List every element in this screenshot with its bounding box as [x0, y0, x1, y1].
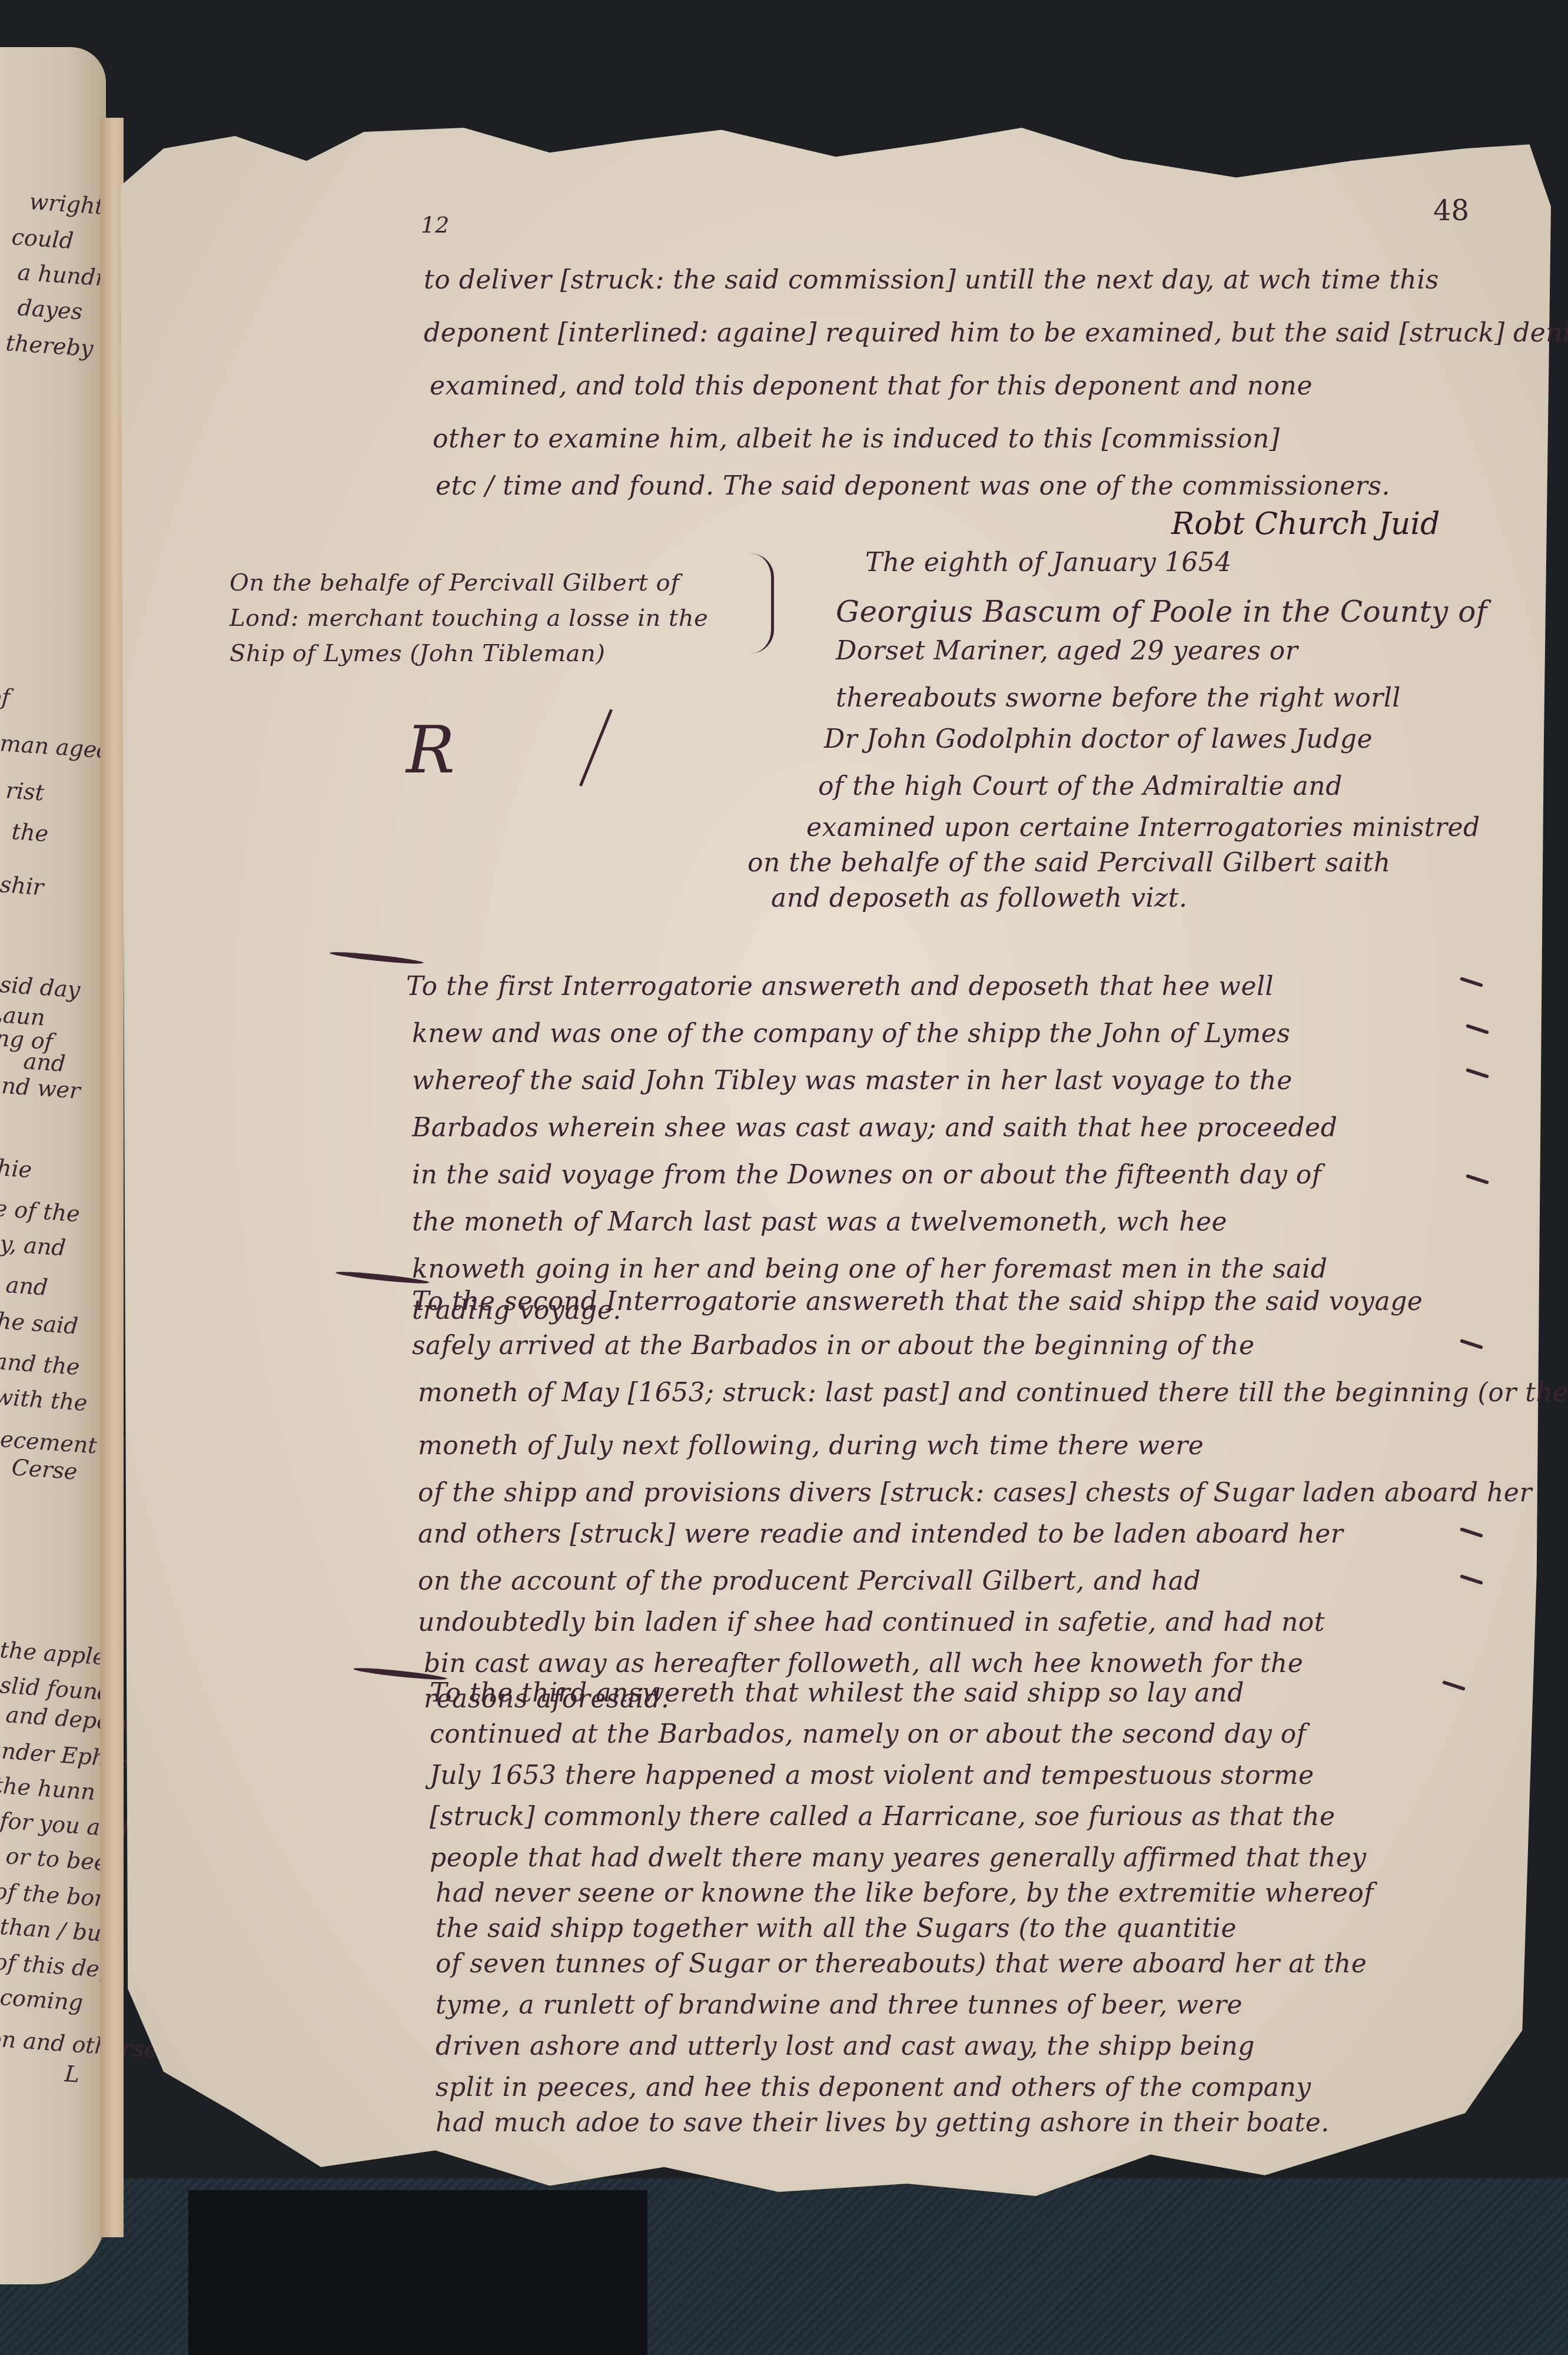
text-line: safely arrived at the Barbados in or abo…	[412, 1331, 1255, 1361]
text-line: etc / time and found. The said deponent …	[436, 471, 1390, 501]
facing-fragment: rist	[5, 777, 45, 805]
text-line: and deposeth as followeth vizt.	[771, 883, 1187, 913]
text-line: examined upon certaine Interrogatories m…	[806, 812, 1480, 843]
facing-fragment: dayes	[16, 294, 83, 325]
text-line: thereabouts sworne before the right worl…	[836, 683, 1401, 713]
facing-fragment: and the	[0, 1348, 81, 1380]
facing-fragment: y, and	[0, 1230, 67, 1261]
facing-fragment: the said	[0, 1307, 79, 1339]
text-line: people that had dwelt there many yeares …	[430, 1843, 1367, 1873]
text-line: the moneth of March last past was a twel…	[412, 1207, 1227, 1237]
text-line: whereof the said John Tibley was master …	[412, 1066, 1293, 1096]
text-line: of the shipp and provisions divers [stru…	[418, 1478, 1532, 1508]
text-line: examined, and told this deponent that fo…	[430, 371, 1313, 401]
facing-fragment: the apple	[0, 1637, 107, 1670]
facing-page: wright could a hundr dayes thereby of ma…	[0, 47, 106, 2284]
text-line: other to examine him, albeit he is induc…	[433, 424, 1280, 454]
facing-fragment: the hunn	[0, 1772, 96, 1805]
text-line: split in peeces, and hee this deponent a…	[436, 2072, 1311, 2102]
text-line: deponent [interlined: againe] required h…	[424, 318, 1568, 348]
marginal-line: On the behalfe of Percivall Gilbert of	[230, 565, 708, 601]
text-line: on the behalfe of the said Percivall Gil…	[748, 848, 1391, 878]
text-line: moneth of July next following, during wc…	[418, 1431, 1204, 1461]
text-line: in the said voyage from the Downes on or…	[412, 1160, 1322, 1190]
facing-fragment: L	[64, 2061, 80, 2088]
text-line: To the second Interrogatorie answereth t…	[412, 1286, 1423, 1316]
deposition-date: The eighth of January 1654	[865, 548, 1232, 578]
facing-fragment: e of the	[0, 1195, 81, 1227]
text-line: bin cast away as hereafter followeth, al…	[424, 1648, 1303, 1679]
curly-brace-mark	[748, 553, 774, 654]
facing-fragment: of the bon	[0, 1878, 109, 1912]
text-line: Barbados wherein shee was cast away; and…	[412, 1113, 1337, 1143]
text-line: tyme, a runlett of brandwine and three t…	[436, 1990, 1243, 2020]
text-line: on the account of the producent Percival…	[418, 1566, 1201, 1596]
marginal-line: Lond: merchant touching a losse in the	[230, 601, 708, 636]
facing-fragment: and wer	[0, 1072, 81, 1104]
text-line: of seven tunnes of Sugar or thereabouts)…	[436, 1949, 1367, 1979]
text-line: To the third answereth that whilest the …	[430, 1678, 1244, 1708]
facing-fragment: sid day	[0, 971, 81, 1003]
text-line: moneth of May [1653; struck: last past] …	[418, 1378, 1568, 1408]
facing-fragment: thereby	[5, 330, 94, 361]
top-mark: 12	[421, 212, 449, 238]
facing-fragment: slid found	[0, 1672, 113, 1706]
facing-fragment: Cerse	[11, 1454, 78, 1485]
book-spine-gutter	[100, 118, 124, 2237]
text-line: and others [struck] were readie and inte…	[418, 1519, 1343, 1549]
text-line: to deliver [struck: the said commission]…	[424, 265, 1439, 295]
facing-fragment: with the	[0, 1384, 88, 1416]
facing-fragment: man aged	[0, 730, 112, 764]
marginal-note: On the behalfe of Percivall Gilbert of L…	[230, 565, 708, 671]
facing-fragment: on and otherse	[0, 2025, 158, 2063]
facing-fragment: wright	[28, 188, 105, 220]
text-line: To the first Interrogatorie answereth an…	[406, 971, 1274, 1001]
facing-fragment: than / but	[0, 1913, 111, 1947]
text-line: Dorset Mariner, aged 29 yeares or	[836, 636, 1298, 666]
facing-fragment: and	[5, 1272, 48, 1301]
text-line: knoweth going in her and being one of he…	[412, 1254, 1327, 1284]
facing-fragment: of	[0, 683, 11, 710]
facing-fragment: and	[22, 1048, 66, 1077]
facing-fragment: shir	[0, 871, 45, 900]
facing-fragment: thie	[0, 1154, 33, 1183]
folio-number: 48	[1433, 194, 1469, 227]
text-line: July 1653 there happened a most violent …	[430, 1760, 1314, 1790]
facing-fragment: a hundr	[16, 259, 107, 291]
facing-fragment: coming	[0, 1984, 84, 2016]
text-line: Georgius Bascum of Poole in the County o…	[836, 595, 1487, 629]
text-line: driven ashore and utterly lost and cast …	[436, 2031, 1255, 2061]
text-line: continued at the Barbados, namely on or …	[430, 1719, 1307, 1749]
facing-fragment: could	[11, 224, 74, 254]
signature: Robt Church Juid	[1171, 506, 1440, 542]
text-line: had much adoe to save their lives by get…	[436, 2108, 1330, 2138]
r-symbol-mark: R	[406, 712, 455, 788]
text-line: had never seene or knowne the like befor…	[436, 1878, 1374, 1908]
facing-fragment: the	[11, 818, 49, 847]
text-line: undoubtedly bin laden if shee had contin…	[418, 1607, 1325, 1637]
shadow-under-book	[188, 2190, 647, 2355]
facing-fragment: or to bee	[5, 1843, 108, 1876]
marginal-line: Ship of Lymes (John Tibleman)	[230, 636, 708, 671]
text-line: the said shipp together with all the Sug…	[436, 1913, 1237, 1943]
text-line: [struck] commonly there called a Harrica…	[430, 1802, 1336, 1832]
text-line: knew and was one of the company of the s…	[412, 1019, 1290, 1049]
text-line: Dr John Godolphin doctor of lawes Judge	[824, 724, 1373, 754]
text-line: of the high Court of the Admiraltie and	[818, 771, 1343, 801]
